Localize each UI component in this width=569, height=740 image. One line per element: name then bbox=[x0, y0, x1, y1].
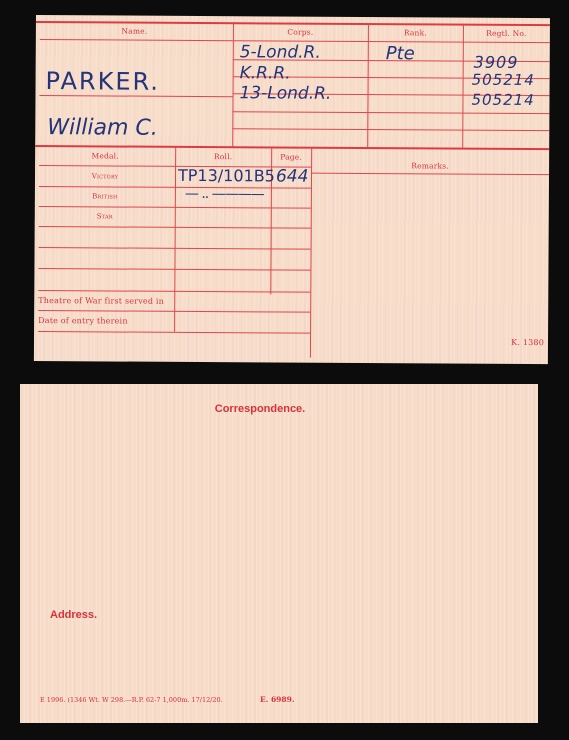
forenames: William C. bbox=[47, 115, 158, 141]
corps-header: Corps. bbox=[233, 27, 368, 37]
corps-2: K.R.R. bbox=[240, 63, 291, 83]
british-roll-ditto: — .. ———— bbox=[185, 186, 264, 202]
regtl-no-1: 3909 bbox=[474, 53, 519, 72]
rank-1: Pte bbox=[386, 43, 415, 64]
rule bbox=[38, 331, 310, 334]
medal-british: British bbox=[35, 192, 175, 201]
print-line: E 1996. (1346 Wt. W 298.—R.P. 62-7 1,000… bbox=[40, 696, 223, 704]
form-code: K. 1380 bbox=[494, 338, 544, 347]
name-header: Name. bbox=[36, 26, 233, 36]
medal-header: Medal. bbox=[35, 151, 175, 161]
regtl-no-3: 505214 bbox=[471, 91, 534, 109]
rule bbox=[232, 111, 549, 114]
medal-card-back: Correspondence. Address. E 1996. (1346 W… bbox=[20, 384, 538, 723]
corps-3: 13-Lond.R. bbox=[239, 83, 331, 104]
page-header: Page. bbox=[271, 152, 311, 161]
regtl-no-header: Regtl. No. bbox=[463, 29, 550, 39]
rule bbox=[232, 128, 549, 131]
section-rule bbox=[35, 145, 549, 150]
divider bbox=[310, 148, 312, 358]
rule bbox=[40, 39, 233, 41]
corps-1: 5-Lond.R. bbox=[240, 42, 321, 62]
print-code: E. 6989. bbox=[260, 695, 294, 704]
rank-header: Rank. bbox=[368, 28, 463, 38]
victory-page: 644 bbox=[276, 166, 309, 186]
rule bbox=[311, 173, 549, 175]
medal-star: Star bbox=[35, 212, 175, 221]
regtl-no-2: 505214 bbox=[472, 71, 535, 89]
correspondence-label: Correspondence. bbox=[20, 403, 500, 415]
address-label: Address. bbox=[50, 609, 97, 621]
theatre-label: Theatre of War first served in bbox=[38, 296, 174, 306]
medal-card-front: Name. Corps. Rank. Regtl. No. PARKER. Wi… bbox=[34, 15, 550, 364]
surname: PARKER. bbox=[46, 67, 161, 96]
remarks-header: Remarks. bbox=[311, 161, 549, 171]
medal-victory: Victory bbox=[35, 172, 175, 181]
victory-roll: TP13/101B5 bbox=[178, 166, 275, 186]
date-entry-label: Date of entry therein bbox=[38, 316, 174, 326]
roll-header: Roll. bbox=[175, 152, 271, 162]
top-rule bbox=[36, 21, 550, 26]
